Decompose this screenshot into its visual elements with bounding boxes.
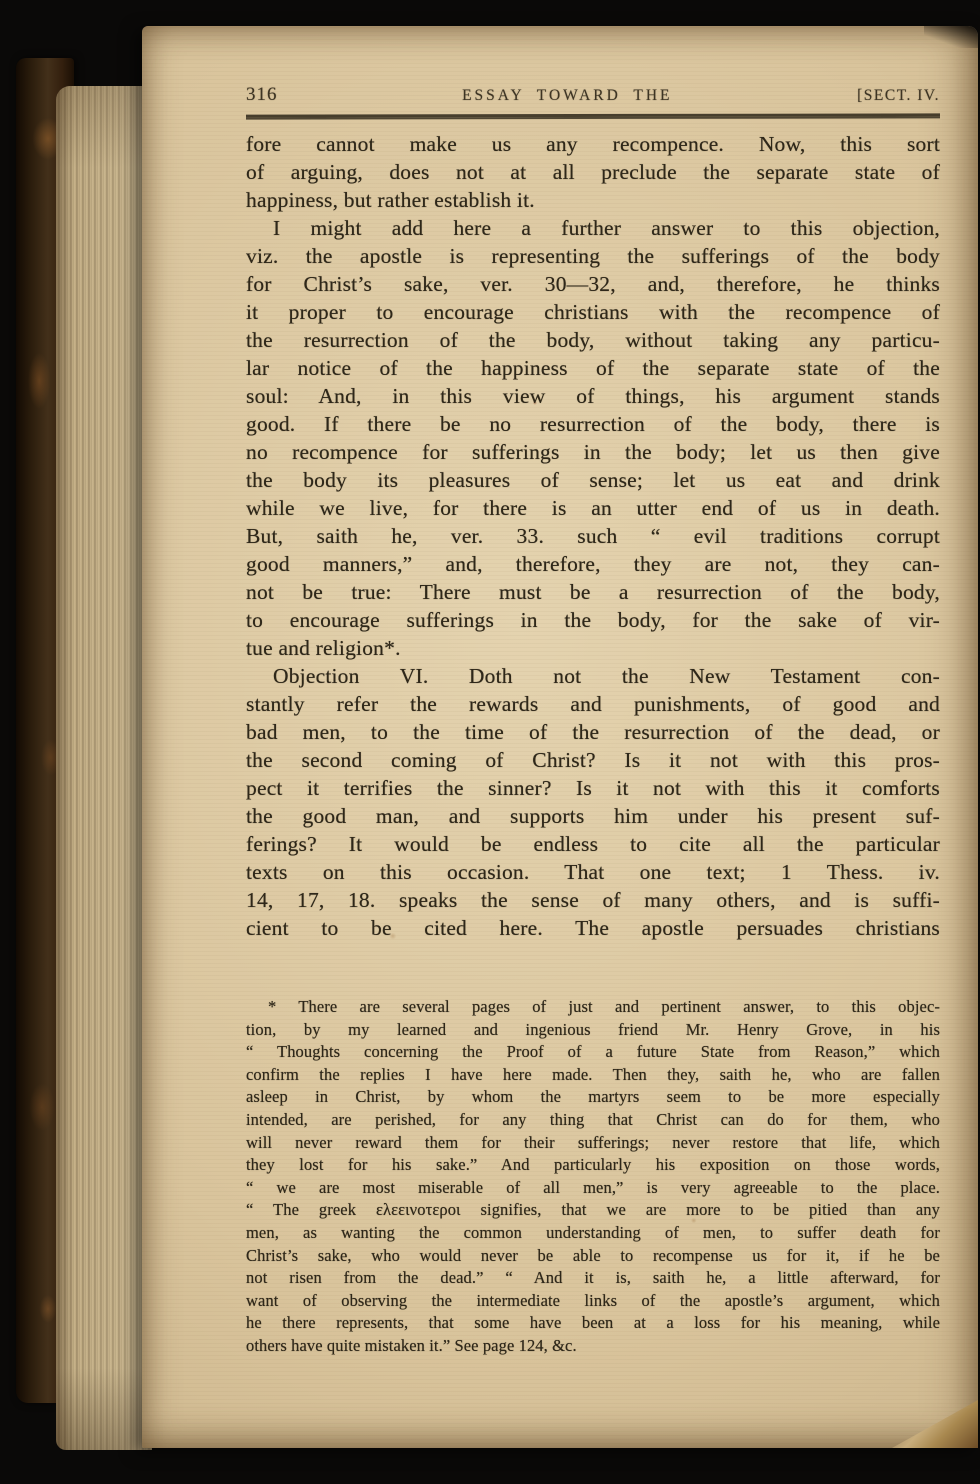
page-content: 316 ESSAY TOWARD THE [SECT. IV. fore can… bbox=[142, 26, 978, 1448]
text-line: it proper to encourage christians with t… bbox=[246, 298, 940, 326]
text-line: I might add here a further answer to thi… bbox=[246, 214, 940, 242]
text-line: But, saith he, ver. 33. such “ evil trad… bbox=[246, 522, 940, 550]
text-line: “ The greek ελεεινοτεροι signifies, that… bbox=[246, 1199, 940, 1222]
text-line: 14, 17, 18. speaks the sense of many oth… bbox=[246, 886, 940, 914]
body-text: fore cannot make us any recompence. Now,… bbox=[246, 130, 940, 942]
text-line: while we live, for there is an utter end… bbox=[246, 494, 940, 522]
text-line: ferings? It would be endless to cite all… bbox=[246, 830, 940, 858]
text-line: for Christ’s sake, ver. 30—32, and, ther… bbox=[246, 270, 940, 298]
text-line: bad men, to the time of the resurrection… bbox=[246, 718, 940, 746]
text-line: “ Thoughts concerning the Proof of a fut… bbox=[246, 1041, 940, 1064]
text-line: others have quite mistaken it.” See page… bbox=[246, 1335, 940, 1358]
text-line: to encourage sufferings in the body, for… bbox=[246, 606, 940, 634]
page-header: 316 ESSAY TOWARD THE [SECT. IV. bbox=[246, 84, 940, 106]
text-line: will never reward them for their sufferi… bbox=[246, 1132, 940, 1155]
paragraph-objection-vi: Objection VI. Doth not the New Testament… bbox=[246, 662, 940, 942]
book-page: 316 ESSAY TOWARD THE [SECT. IV. fore can… bbox=[142, 26, 978, 1448]
photograph-scene: 316 ESSAY TOWARD THE [SECT. IV. fore can… bbox=[0, 0, 980, 1484]
text-line: * There are several pages of just and pe… bbox=[246, 996, 940, 1019]
paragraph-answer: I might add here a further answer to thi… bbox=[246, 214, 940, 662]
text-line: texts on this occasion. That one text; 1… bbox=[246, 858, 940, 886]
text-line: of arguing, does not at all preclude the… bbox=[246, 158, 940, 186]
page-number: 316 bbox=[246, 84, 278, 106]
text-line: intended, are perished, for any thing th… bbox=[246, 1109, 940, 1132]
page-edge-stack bbox=[56, 86, 152, 1450]
text-line: confirm the replies I have here made. Th… bbox=[246, 1064, 940, 1087]
text-line: cient to be cited here. The apostle pers… bbox=[246, 914, 940, 942]
running-title: ESSAY TOWARD THE bbox=[278, 87, 858, 105]
text-line: Christ’s sake, who would never be able t… bbox=[246, 1245, 940, 1268]
text-line: not risen from the dead.” “ And it is, s… bbox=[246, 1267, 940, 1290]
text-line: lar notice of the happiness of the separ… bbox=[246, 354, 940, 382]
text-line: not be true: There must be a resurrectio… bbox=[246, 578, 940, 606]
text-line: the good man, and supports him under his… bbox=[246, 802, 940, 830]
text-line: “ we are most miserable of all men,” is … bbox=[246, 1177, 940, 1200]
text-line: good manners,” and, therefore, they are … bbox=[246, 550, 940, 578]
text-line: asleep in Christ, by whom the martyrs se… bbox=[246, 1086, 940, 1109]
section-label: [SECT. IV. bbox=[857, 87, 940, 105]
text-line: they lost for his sake.” And particularl… bbox=[246, 1154, 940, 1177]
text-line: viz. the apostle is representing the suf… bbox=[246, 242, 940, 270]
text-line: want of observing the intermediate links… bbox=[246, 1290, 940, 1313]
footnote: * There are several pages of just and pe… bbox=[246, 996, 940, 1358]
text-line: stantly refer the rewards and punishment… bbox=[246, 690, 940, 718]
text-line: soul: And, in this view of things, his a… bbox=[246, 382, 940, 410]
text-line: Objection VI. Doth not the New Testament… bbox=[246, 662, 940, 690]
text-line: tue and religion*. bbox=[246, 634, 940, 662]
text-line: pect it terrifies the sinner? Is it not … bbox=[246, 774, 940, 802]
text-line: men, as wanting the common understanding… bbox=[246, 1222, 940, 1245]
text-line: tion, by my learned and ingenious friend… bbox=[246, 1019, 940, 1042]
text-line: the second coming of Christ? Is it not w… bbox=[246, 746, 940, 774]
paragraph-continuation: fore cannot make us any recompence. Now,… bbox=[246, 130, 940, 214]
text-line: good. If there be no resurrection of the… bbox=[246, 410, 940, 438]
text-line: happiness, but rather establish it. bbox=[246, 186, 940, 214]
header-double-rule bbox=[246, 113, 940, 119]
text-line: the body its pleasures of sense; let us … bbox=[246, 466, 940, 494]
text-line: he there represents, that some have been… bbox=[246, 1312, 940, 1335]
text-line: the resurrection of the body, without ta… bbox=[246, 326, 940, 354]
text-line: no recompence for sufferings in the body… bbox=[246, 438, 940, 466]
text-line: fore cannot make us any recompence. Now,… bbox=[246, 130, 940, 158]
